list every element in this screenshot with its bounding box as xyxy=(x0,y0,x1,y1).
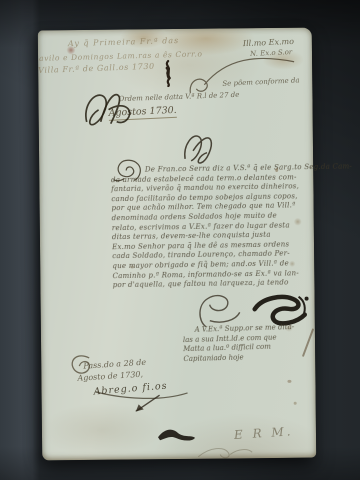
manuscript-page: Ay q̃ Primeira Fr.ª das avilo e Domingos… xyxy=(38,28,316,461)
notary-mark-icon xyxy=(162,59,174,87)
monogram-rubric-left-icon xyxy=(80,87,132,134)
foxing-speck xyxy=(130,265,134,268)
manuscript-photograph: Ay q̃ Primeira Fr.ª das avilo e Domingos… xyxy=(0,0,360,480)
signature-flourish-icon xyxy=(89,385,194,412)
monogram-rubric-center-icon xyxy=(181,131,217,169)
header-annotation-line1: Ay q̃ Primeira Fr.ª das xyxy=(68,36,180,48)
order-note-line2: Ordem nelle datta V.ª R.l de 27 de xyxy=(118,91,239,103)
foxing-speck xyxy=(287,380,291,383)
body-paragraph: De Fran.co Serra diz a V.S.ª q̃ ele Sarg… xyxy=(111,163,313,291)
pen-flourish-icon xyxy=(186,52,298,97)
faint-flourish-icon xyxy=(194,444,254,461)
addressee-line1: Ill.mo Ex.mo xyxy=(243,37,294,48)
ink-blot-bottom-icon xyxy=(154,425,198,445)
stain-stroke-icon xyxy=(299,328,317,358)
foxing-speck xyxy=(275,168,278,172)
header-annotation-line2: avilo e Domingos Lam.ras a ês Corr.o xyxy=(39,49,203,63)
valediction: E R M. xyxy=(234,424,294,442)
body-line: por d'aquella, que faltou na larqueza, j… xyxy=(113,278,313,291)
header-annotation-line3: Villa Fr.ª de Gall.os 1730 xyxy=(38,62,155,75)
foxing-speck xyxy=(294,402,297,405)
